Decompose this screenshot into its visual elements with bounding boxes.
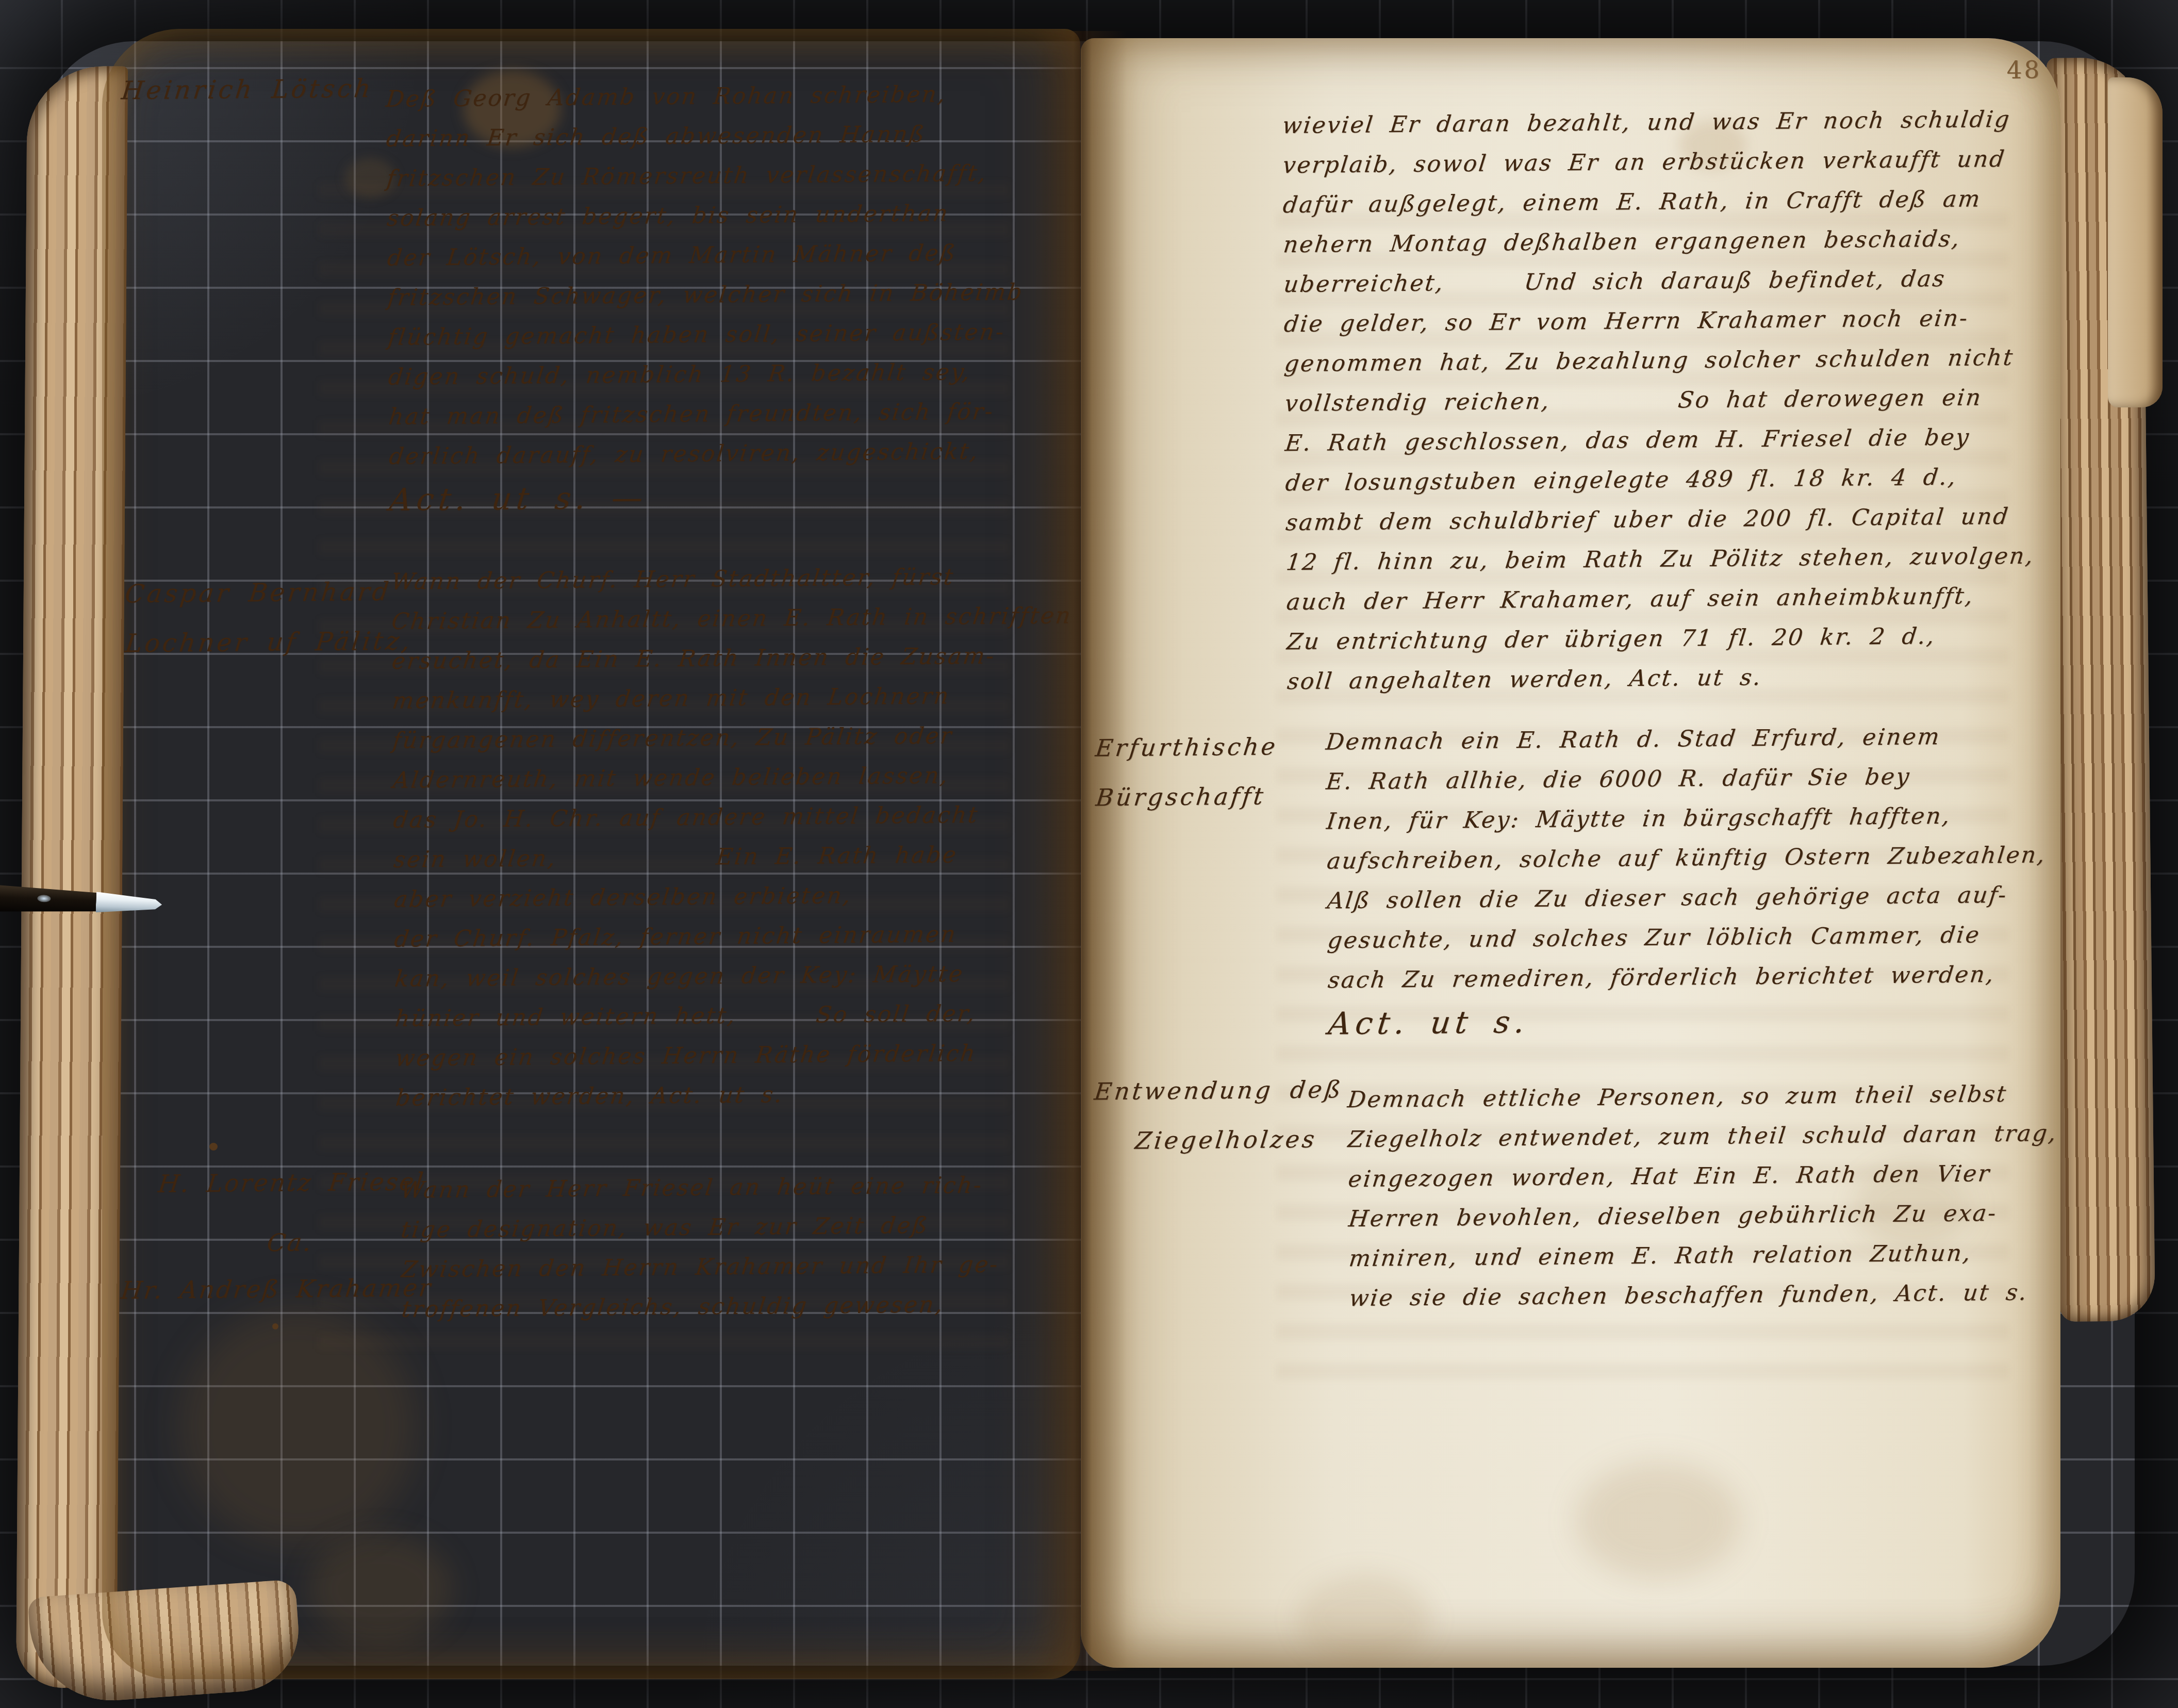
manuscript-line: digen schuld, nemblich 13 R. bezahlt sey… — [386, 352, 1026, 397]
manuscript-line: Act. ut s. — — [387, 475, 1027, 520]
pointer-shaft — [0, 885, 103, 916]
manuscript-line: Demnach ein E. Rath d. Stad Erfurd, eine… — [1324, 716, 2047, 762]
manuscript-line: die gelder, so Er vom Herrn Krahamer noc… — [1282, 298, 2035, 344]
margin-heading-caspar-bernhard-lochner: Caspar BernhardLochner uf Pälitz, — [122, 567, 409, 668]
manuscript-line: Wann der Churf. Herr Stadthaltter, fürst — [389, 556, 1074, 602]
pointer-metal-tip — [95, 892, 162, 915]
manuscript-line: verplaib, sowol was Er an erbstücken ver… — [1280, 139, 2033, 185]
manuscript-line: tige designation, was Er zur Zeit deß — [399, 1205, 1000, 1250]
entry-body: Deß Georg Adamb von Rohan schreiben,dari… — [384, 74, 1023, 520]
left-page-writing: Heinrich Lötsch Deß Georg Adamb von Roha… — [102, 29, 1080, 1679]
manuscript-line: hünier und weitern hett, So soll der, — [393, 993, 1078, 1039]
manuscript-line: vollstendig reichen, So hat derowegen ei… — [1282, 377, 2035, 423]
manuscript-line: fritzschen Zu Römersreuth verlassenschaf… — [385, 153, 1025, 199]
manuscript-line: Erfurthische — [1093, 721, 1280, 773]
entry-body: Demnach ettliche Personen, so zum theil … — [1345, 1074, 2057, 1318]
manuscript-line: der Churf. Pfalz, ferner nicht einraumen — [392, 913, 1077, 959]
left-page: Heinrich Lötsch Deß Georg Adamb von Roha… — [102, 29, 1080, 1679]
manuscript-line: genommen hat, Zu bezahlung solcher schul… — [1282, 337, 2035, 384]
manuscript-line: flüchtig gemacht haben soll, seiner außs… — [386, 312, 1026, 357]
right-page: 48 wieviel Er daran bezahlt, und was Er … — [1081, 38, 2060, 1668]
manuscript-line: Christian Zu Anhaltt, einen E. Rath in s… — [389, 596, 1074, 642]
margin-heading-entwendung-ziegelholz: Entwendung deßZiegelholzes — [1091, 1064, 1341, 1165]
manuscript-line: eingezogen worden, Hat Ein E. Rath den V… — [1346, 1153, 2060, 1199]
right-page-writing: 48 wieviel Er daran bezahlt, und was Er … — [1081, 38, 2060, 1668]
manuscript-line: sambt dem schuldbrief uber die 200 fl. C… — [1283, 496, 2036, 543]
manuscript-line: hat man deß fritzschen freundten, sich f… — [387, 391, 1027, 437]
manuscript-line: wie sie die sachen beschaffen funden, Ac… — [1347, 1272, 2060, 1318]
manuscript-line: Caspar Bernhard — [122, 567, 415, 619]
margin-heading-lorentz-friesel: H. Lorentz Friesel — [156, 1162, 422, 1204]
manuscript-line: E. Rath allhie, die 6000 R. dafür Sie be… — [1324, 756, 2048, 801]
manuscript-line: kan, weil solches gegen der Key: Mäytte — [392, 953, 1077, 999]
manuscript-line: solang arrest begert, bis sein underthan — [385, 193, 1025, 238]
margin-heading-erfurthische-buergschafft: ErfurthischeBürgschafft — [1093, 721, 1276, 822]
manuscript-line: Demnach ettliche Personen, so zum theil … — [1345, 1074, 2059, 1120]
manuscript-line: H. Lorentz Friesel — [156, 1162, 427, 1204]
manuscript-line: Zu entrichtung der übrigen 71 fl. 20 kr.… — [1285, 615, 2038, 662]
photograph-of-open-manuscript-book: Heinrich Lötsch Deß Georg Adamb von Roha… — [0, 0, 2178, 1708]
manuscript-line: Lochner uf Pälitz, — [123, 616, 415, 668]
manuscript-line: auch der Herr Krahamer, auf sein anheimb… — [1284, 576, 2037, 622]
entry-body-continuation: wieviel Er daran bezahlt, und was Er noc… — [1280, 100, 2033, 702]
manuscript-line: aber verzieht derselben erbieten, — [392, 874, 1077, 919]
manuscript-line: Inen, für Key: Mäytte in bürgschafft haf… — [1325, 795, 2048, 841]
manuscript-line: Ziegelholzes — [1132, 1114, 1346, 1165]
manuscript-line: fürgangenen differentzen, Zu Pälitz oder — [390, 715, 1075, 761]
manuscript-line: 12 fl. hinn zu, beim Rath Zu Pölitz steh… — [1284, 536, 2037, 582]
metal-pointer — [0, 871, 167, 939]
manuscript-line: darinn Er sich deß abwesenden Hannß — [384, 113, 1024, 159]
manuscript-line: das Jo. H. Chr. auf andere mittel bedach… — [391, 794, 1076, 840]
margin-heading-contra-mark: Ca. — [265, 1223, 310, 1263]
margin-heading-andress-krahamer: Hr. Andreß Krahamer — [119, 1268, 430, 1310]
entry-body: Wann der Herr Friesel an heüt eine rich-… — [398, 1165, 997, 1329]
manuscript-line: Act. ut s. — [1326, 998, 2050, 1044]
manuscript-line: derlich darauff, zu resolviren, zugeschi… — [387, 431, 1027, 477]
margin-heading-heinrich-loetsch: Heinrich Lötsch — [118, 64, 370, 116]
manuscript-line: menkunfft, wey deren mit den Lochnern — [390, 675, 1075, 721]
entry-body: Wann der Churf. Herr Stadthaltter, fürst… — [389, 556, 1074, 1118]
manuscript-line: Aldernreuth, mit wende belieben lassen, — [391, 754, 1076, 800]
manuscript-line: sach Zu remediren, förderlich berichtet … — [1326, 954, 2049, 1000]
manuscript-line: Heinrich Lötsch — [119, 64, 375, 116]
manuscript-line: der Lötsch, von dem Martin Mähner deß — [385, 233, 1025, 278]
manuscript-line: Ziegelholz entwendet, zum theil schuld d… — [1346, 1113, 2059, 1159]
manuscript-line: Hr. Andreß Krahamer — [119, 1268, 434, 1310]
folio-number: 48 — [2006, 58, 2041, 83]
entry-body: Demnach ein E. Rath d. Stad Erfurd, eine… — [1324, 716, 2045, 1044]
manuscript-line: Bürgschafft — [1093, 771, 1281, 822]
manuscript-line: berichtet werden, Act. ut s. — [393, 1072, 1078, 1118]
manuscript-line: dafür außgelegt, einem E. Rath, in Craff… — [1281, 178, 2034, 225]
manuscript-line: soll angehalten werden, Act. ut s. — [1285, 655, 2038, 701]
manuscript-line: Zwischen den Herrn Krahamer und Ihr ge- — [399, 1244, 1001, 1289]
manuscript-line: sein wollen, Ein E. Rath habe — [391, 834, 1076, 880]
manuscript-line: miniren, und einem E. Rath relation Zuth… — [1347, 1233, 2060, 1278]
manuscript-line: gesuchte, und solches Zur löblich Cammer… — [1326, 914, 2049, 960]
manuscript-line: troffenen Vergleichs, schuldig gewesen, — [400, 1284, 1001, 1329]
manuscript-line: fritzschen Schwager, welcher sich in Böh… — [386, 272, 1026, 318]
manuscript-line: ersuchet, da Ein E. Rath Innen die Zusam… — [390, 635, 1075, 681]
manuscript-line: uberreichet, Und sich darauß befindet, d… — [1281, 258, 2034, 304]
manuscript-line: wegen ein solches Herrn Räthe förderlich — [393, 1032, 1078, 1078]
manuscript-line: wieviel Er daran bezahlt, und was Er noc… — [1280, 99, 2033, 145]
protruding-sheet-edge — [2108, 77, 2163, 407]
manuscript-line: aufschreiben, solche auf künftig Ostern … — [1325, 835, 2048, 881]
manuscript-line: Ca. — [265, 1223, 315, 1263]
manuscript-line: E. Rath geschlossen, das dem H. Friesel … — [1283, 417, 2036, 463]
manuscript-line: Herren bevohlen, dieselben gebührlich Zu… — [1346, 1193, 2060, 1239]
manuscript-line: Alß sollen die Zu dieser sach gehörige a… — [1325, 875, 2049, 921]
manuscript-line: Entwendung deß — [1092, 1064, 1346, 1116]
manuscript-line: Wann der Herr Friesel an heüt eine rich- — [399, 1165, 1000, 1210]
manuscript-line: der losungstuben eingelegte 489 fl. 18 k… — [1283, 456, 2036, 503]
manuscript-line: nehern Montag deßhalben ergangenen besch… — [1281, 218, 2034, 265]
manuscript-line: Deß Georg Adamb von Rohan schreiben, — [384, 74, 1024, 119]
